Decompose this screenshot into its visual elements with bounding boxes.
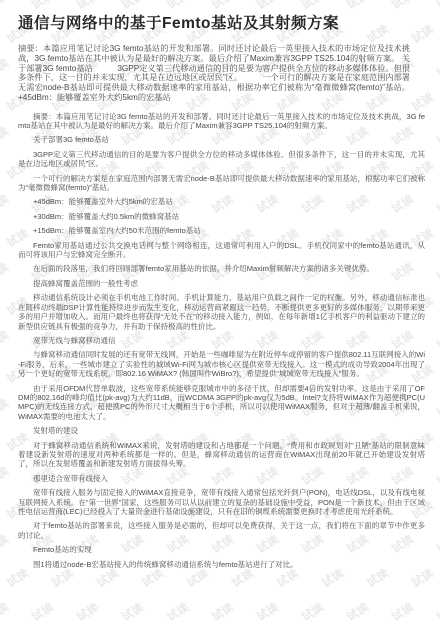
document-paragraph: 图1将通过node-B宏基站接入的传统蜂窝移动通信系统与femto基站进行了对比… xyxy=(18,560,425,569)
document-paragraph: 宽带无线与蜂窝移动通信 xyxy=(18,336,425,345)
document-paragraph: +30dBm：能够覆盖大约0.5km的微蜂窝基站 xyxy=(18,212,425,221)
watermark-stamp: 试读 xyxy=(209,599,237,620)
document-paragraph: Femto家用基站通过公共交换电话网与整个网络相连，这通常可利用入户的DSL。手… xyxy=(18,241,425,260)
document-paragraph: 3GPP定义第三代移动通信的目的是要为客户提供全方位的移动多媒体体验。但很多条件… xyxy=(18,150,425,169)
watermark-stamp: 试读 xyxy=(119,599,147,620)
watermark-stamp: 试读 xyxy=(389,599,417,620)
watermark-stamp: 试读 xyxy=(0,599,11,620)
watermark-stamp: 试读 xyxy=(434,599,440,620)
watermark-stamp: 试读 xyxy=(344,599,372,620)
watermark-stamp: 试读 xyxy=(254,599,282,620)
watermark-stamp: 试读 xyxy=(29,599,57,620)
watermark-stamp: 试读 xyxy=(164,599,192,620)
watermark-stamp: 试读 xyxy=(74,599,102,620)
document-paragraph: 与蜂窝移动通信同时发展的还有宽带无线网，开始是一些咖啡屋为在附近停车或停留的客户… xyxy=(18,350,425,378)
document-paragraph: 发射塔的建设 xyxy=(18,426,425,435)
document-paragraph: 关于部署3G femto基站 xyxy=(18,135,425,144)
page-title: 通信与网络中的基于Femto基站及其射频方案 xyxy=(18,14,425,33)
document-paragraph: Femto基站的实现 xyxy=(18,545,425,554)
document-abstract: 摘要：本篇应用笔记讨论3G femto基站的开发和部署。同时还讨论最后一英里接入… xyxy=(18,44,410,102)
document-paragraph: 摘要：本篇应用笔记讨论3G femto基站的开发和部署。同时还讨论最后一英里接入… xyxy=(18,112,425,131)
document-paragraph: 提高蜂窝覆盖范围的一般性考虑 xyxy=(18,279,425,288)
document-paragraph: 对于蜂窝移动通信系统和WiMAX来说，发射塔的建设和占地都是一个问题。“费用和市… xyxy=(18,441,425,469)
watermark-stamp: 试读 xyxy=(299,599,327,620)
document-preview-page: 通信与网络中的基于Femto基站及其射频方案 摘要：本篇应用笔记讨论3G fem… xyxy=(0,0,440,569)
document-paragraph: 一个可行的解决方案是在家庭范围内部署无需宏node-B基站即可提供最大移动数据速… xyxy=(18,174,425,193)
document-paragraph: 在后面的段落里，我们将回顾部署femto家用基站的依据，并介绍Maxim射频解决… xyxy=(18,264,425,273)
document-paragraph: 宽带有线接入服务与固定接入的WiMAX直接竞争，宽带有线接入通常包括光纤到户(P… xyxy=(18,488,425,516)
document-body: 摘要：本篇应用笔记讨论3G femto基站的开发和部署。同时还讨论最后一英里接入… xyxy=(18,112,425,569)
document-paragraph: 移动通信系统设计必须在手机电池工作时间、手机计算能力、基站用户负载之间作一定的权… xyxy=(18,293,425,331)
document-paragraph: 由于采用OFDM代替单载波，这些宽带系统能够克服城市中的多径干扰，但却需要4倍的… xyxy=(18,384,425,422)
document-paragraph: +15dBm：能够覆盖室内大约50米范围的femto基站 xyxy=(18,226,425,235)
document-paragraph: 对于femto基站的部署来说，这些接入服务是必需的，但却可以免费获得，关于这一点… xyxy=(18,521,425,540)
document-paragraph: 那里适合宽带有线接入 xyxy=(18,474,425,483)
document-paragraph: +45dBm：能够覆盖室外大约5km的宏基站 xyxy=(18,197,425,206)
